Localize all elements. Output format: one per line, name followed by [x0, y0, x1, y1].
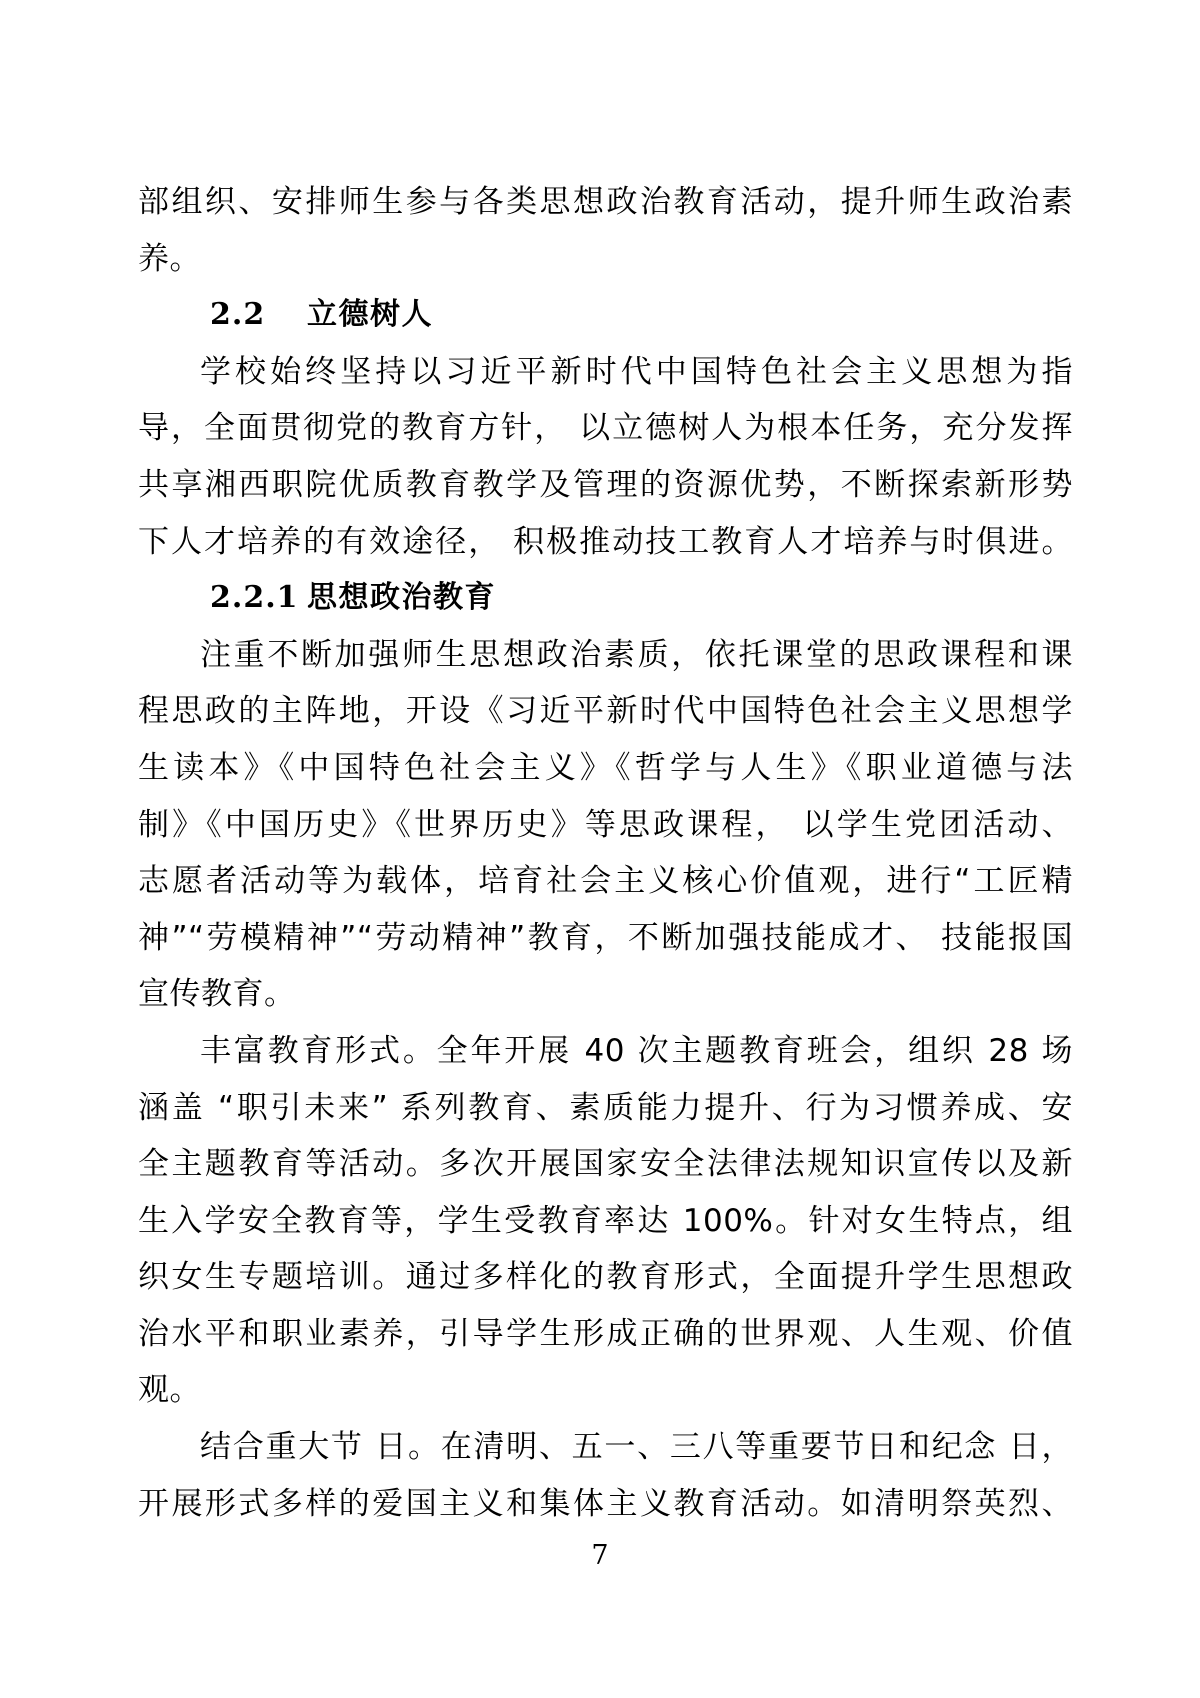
body-line: 注重不断加强师生思想政治素质，依托课堂的思政课程和课: [138, 627, 1073, 684]
body-line: 导，全面贯彻党的教育方针， 以立德树人为根本任务，充分发挥: [138, 400, 1073, 457]
body-line: 治水平和职业素养，引导学生形成正确的世界观、人生观、价值: [138, 1306, 1073, 1363]
body-line: 开展形式多样的爱国主义和集体主义教育活动。如清明祭英烈、: [138, 1476, 1073, 1533]
document-page: 部组织、安排师生参与各类思想政治教育活动，提升师生政治素 养。 2.2立德树人 …: [0, 0, 1200, 1698]
heading-2-2: 2.2立德树人: [138, 287, 1073, 344]
body-line: 观。: [138, 1362, 1073, 1419]
body-line: 学校始终坚持以习近平新时代中国特色社会主义思想为指: [138, 344, 1073, 401]
heading-number: 2.2.1: [210, 570, 307, 627]
body-line: 涵盖 “职引未来” 系列教育、素质能力提升、行为习惯养成、安: [138, 1080, 1073, 1137]
body-line: 神”“劳模精神”“劳动精神”教育，不断加强技能成才、 技能报国: [138, 910, 1073, 967]
body-line: 程思政的主阵地，开设《习近平新时代中国特色社会主义思想学: [138, 683, 1073, 740]
text-block: 部组织、安排师生参与各类思想政治教育活动，提升师生政治素 养。 2.2立德树人 …: [138, 174, 1073, 1532]
body-line: 志愿者活动等为载体，培育社会主义核心价值观，进行“工匠精: [138, 853, 1073, 910]
body-line: 制》《中国历史》《世界历史》等思政课程， 以学生党团活动、: [138, 797, 1073, 854]
body-line: 下人才培养的有效途径， 积极推动技工教育人才培养与时俱进。: [138, 514, 1073, 571]
heading-2-2-1: 2.2.1思想政治教育: [138, 570, 1073, 627]
heading-title: 思想政治教育: [307, 580, 496, 615]
body-line: 丰富教育形式。全年开展 40 次主题教育班会，组织 28 场: [138, 1023, 1073, 1080]
page-number: 7: [0, 1536, 1200, 1576]
body-line: 生入学安全教育等，学生受教育率达 100%。针对女生特点，组: [138, 1193, 1073, 1250]
body-line: 宣传教育。: [138, 966, 1073, 1023]
body-line: 共享湘西职院优质教育教学及管理的资源优势，不断探索新形势: [138, 457, 1073, 514]
body-line: 结合重大节 日。在清明、五一、三八等重要节日和纪念 日，: [138, 1419, 1073, 1476]
body-line: 全主题教育等活动。多次开展国家安全法律法规知识宣传以及新: [138, 1136, 1073, 1193]
heading-number: 2.2: [210, 287, 307, 344]
body-line: 部组织、安排师生参与各类思想政治教育活动，提升师生政治素: [138, 174, 1073, 231]
body-line: 生读本》《中国特色社会主义》《哲学与人生》《职业道德与法: [138, 740, 1073, 797]
heading-title: 立德树人: [307, 297, 433, 332]
body-line: 养。: [138, 231, 1073, 288]
body-line: 织女生专题培训。通过多样化的教育形式，全面提升学生思想政: [138, 1249, 1073, 1306]
